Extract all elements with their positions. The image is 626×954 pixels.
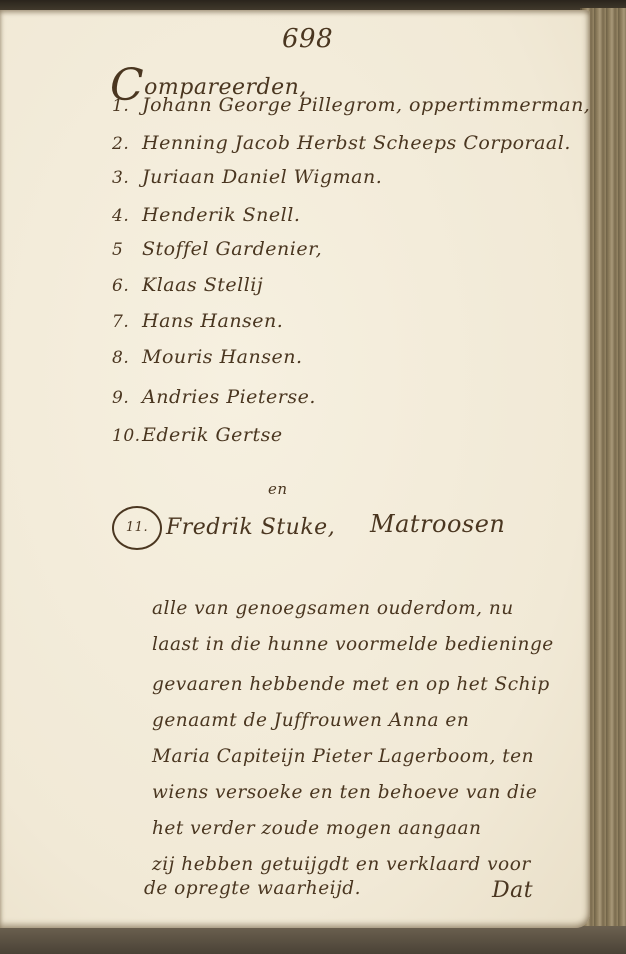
entry-text: Stoffel Gardenier, — [142, 238, 322, 260]
entry-number: 5 — [112, 240, 142, 260]
list-item: 2.Henning Jacob Herbst Scheeps Corporaal… — [112, 132, 571, 154]
catchword: Dat — [492, 878, 533, 903]
list-item: 5Stoffel Gardenier, — [112, 238, 322, 260]
entry-text: Henderik Snell. — [142, 204, 300, 226]
entry-number: 4. — [112, 206, 142, 226]
entry-text: Henning Jacob Herbst Scheeps Corporaal. — [142, 132, 571, 154]
paragraph-line: alle van genoegsamen ouderdom, nu — [152, 598, 514, 619]
entry-number: 10. — [112, 426, 142, 446]
paragraph-line: Maria Capiteijn Pieter Lagerboom, ten — [152, 746, 534, 767]
conjunction: en — [268, 480, 288, 498]
entry-number: 9. — [112, 388, 142, 408]
list-item: 1.Johann George Pillegrom, oppertimmerma… — [112, 94, 590, 116]
entry-text: Mouris Hansen. — [142, 346, 302, 368]
paragraph-line: zij hebben getuijgdt en verklaard voor — [152, 854, 531, 875]
entry-text: Andries Pieterse. — [142, 386, 316, 408]
list-item: 8.Mouris Hansen. — [112, 346, 302, 368]
entry-text: Ederik Gertse — [142, 424, 283, 446]
entry-number: 3. — [112, 168, 142, 188]
list-item: 10.Ederik Gertse — [112, 424, 283, 446]
paragraph-line: het verder zoude mogen aangaan — [152, 818, 481, 839]
entry-text: Juriaan Daniel Wigman. — [142, 166, 382, 188]
paragraph-line: gevaaren hebbende met en op het Schip — [152, 674, 550, 695]
list-item: 6.Klaas Stellij — [112, 274, 263, 296]
paragraph-line: de opregte waarheijd. — [144, 878, 361, 899]
entry-number: 7. — [112, 312, 142, 332]
entry-text: Hans Hansen. — [142, 310, 283, 332]
entry-number-flourish: 11. — [112, 506, 162, 550]
list-item: 9.Andries Pieterse. — [112, 386, 316, 408]
list-item: 4.Henderik Snell. — [112, 204, 300, 226]
paragraph-line: wiens versoeke en ten behoeve van die — [152, 782, 537, 803]
list-item-11: 11.Fredrik Stuke, — [112, 506, 335, 550]
entry-number: 8. — [112, 348, 142, 368]
paragraph-line: laast in die hunne voormelde bedieninge — [152, 634, 554, 655]
entry-number: 6. — [112, 276, 142, 296]
entry-number: 2. — [112, 134, 142, 154]
entry-text: Klaas Stellij — [142, 274, 263, 296]
entry-text: Johann George Pillegrom, oppertimmerman, — [142, 94, 590, 116]
list-item: 7.Hans Hansen. — [112, 310, 283, 332]
entry-number: 1. — [112, 96, 142, 116]
paragraph-line: genaamt de Juffrouwen Anna en — [152, 710, 469, 731]
page-number: 698 — [282, 24, 333, 54]
list-item: 3.Juriaan Daniel Wigman. — [112, 166, 382, 188]
role-label: Matroosen — [370, 510, 505, 538]
entry-text: Fredrik Stuke, — [166, 515, 335, 540]
bottom-edge-shadow — [0, 926, 626, 954]
manuscript-page: 698 Compareerden, 1.Johann George Pilleg… — [0, 10, 590, 928]
